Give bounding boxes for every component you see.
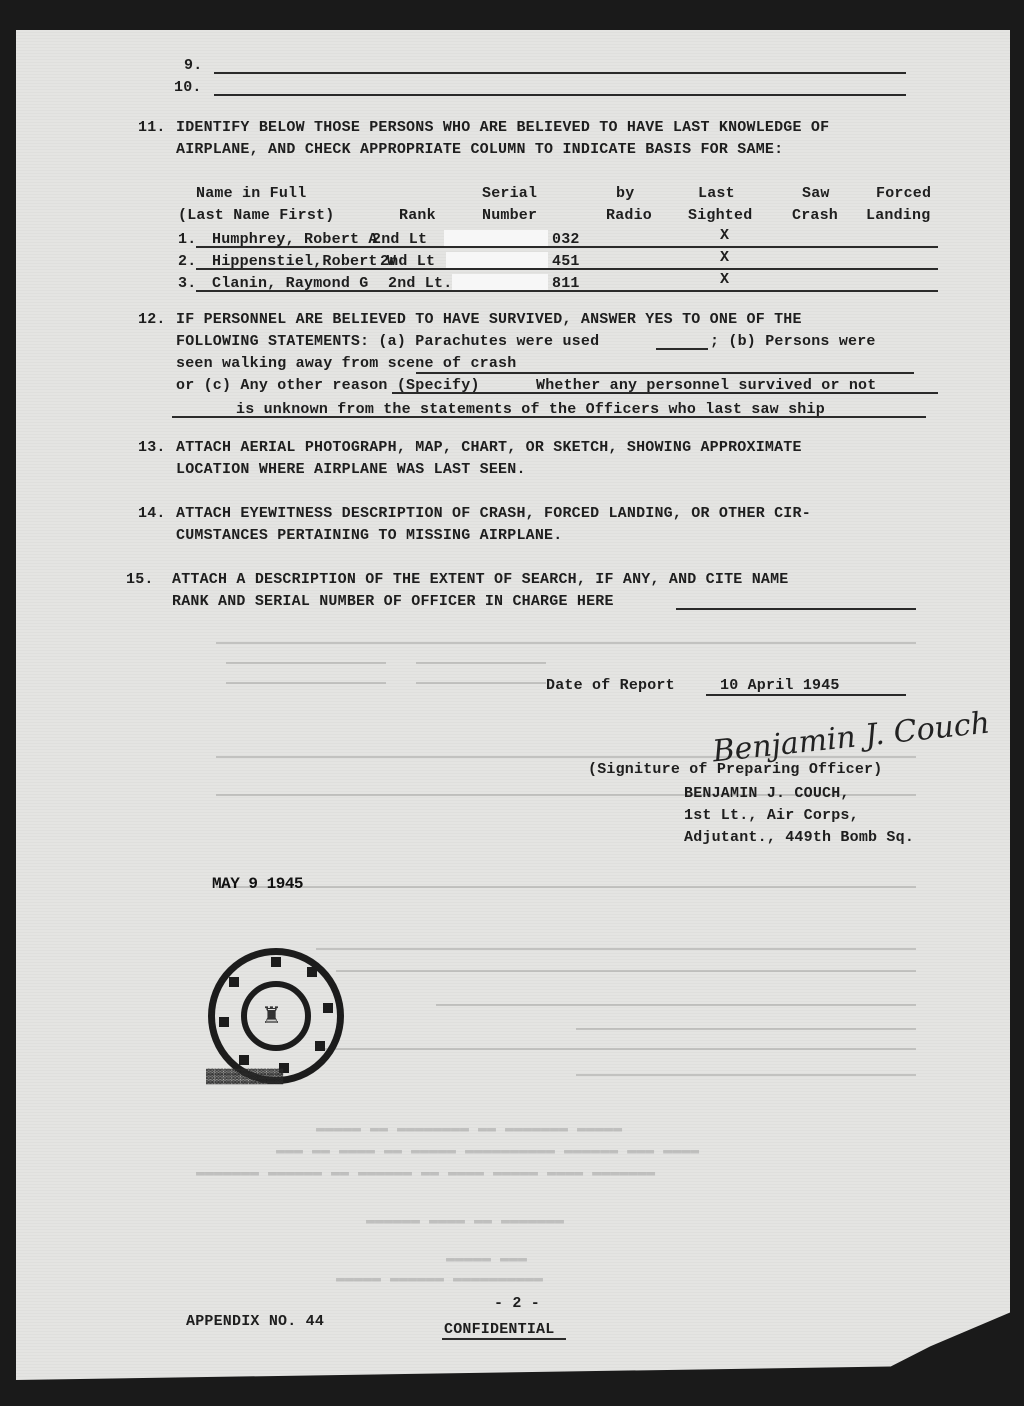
seal-mark — [307, 967, 317, 977]
item-13-number: 13. — [138, 440, 166, 455]
officer-rank: 1st Lt., Air Corps, — [684, 808, 859, 823]
item-12-text-4: or (c) Any other reason (Specify) — [176, 378, 480, 393]
item-12-text-1: IF PERSONNEL ARE BELIEVED TO HAVE SURVIV… — [176, 312, 802, 327]
item-11-number: 11. — [138, 120, 166, 135]
row-name: Hippenstiel,Robert W — [212, 254, 396, 269]
item-14-text-2: CUMSTANCES PERTAINING TO MISSING AIRPLAN… — [176, 528, 562, 543]
bleedthrough-line — [416, 662, 546, 664]
bleedthrough-line — [226, 682, 386, 684]
redaction-box — [444, 230, 548, 247]
col-serial-header-1: Serial — [482, 186, 537, 201]
received-date-stamp: MAY 9 1945 — [212, 876, 303, 892]
item-12-text-2: FOLLOWING STATEMENTS: (a) Parachutes wer… — [176, 334, 599, 349]
classification-underline — [442, 1338, 566, 1340]
row-rank: 2nd Lt — [372, 232, 427, 247]
seal-emblem-icon: ♜ — [263, 997, 280, 1032]
row-last-sighted-mark: X — [720, 272, 729, 287]
bleedthrough-line — [336, 970, 916, 972]
row-underline — [196, 268, 938, 270]
bleedthrough-line — [316, 948, 916, 950]
date-of-report-label: Date of Report — [546, 678, 675, 693]
officer-name: BENJAMIN J. COUCH, — [684, 786, 850, 801]
classification-label: CONFIDENTIAL — [444, 1322, 554, 1337]
appendix-number: APPENDIX NO. 44 — [186, 1314, 324, 1329]
handwritten-signature: Benjamin J. Couch — [711, 706, 992, 770]
col-sighted-header-2: Sighted — [688, 208, 752, 223]
seal-mark — [239, 1055, 249, 1065]
bleedthrough-line — [216, 886, 916, 888]
line-10-label: 10. — [174, 80, 202, 95]
redaction-box — [452, 274, 548, 291]
item-14-text-1: ATTACH EYEWITNESS DESCRIPTION OF CRASH, … — [176, 506, 811, 521]
seal-mark — [315, 1041, 325, 1051]
row-rank: 2nd Lt — [380, 254, 435, 269]
row-name: Clanin, Raymond G — [212, 276, 368, 291]
row-underline — [196, 246, 938, 248]
item-12-number: 12. — [138, 312, 166, 327]
item-12-answer-1: Whether any personnel survived or not — [536, 378, 876, 393]
bleedthrough-line — [416, 682, 546, 684]
line-9-label: 9. — [184, 58, 202, 73]
col-landing-header-1: Forced — [876, 186, 931, 201]
col-rank-header: Rank — [399, 208, 436, 223]
official-seal-stamp: ♜ — [208, 948, 344, 1084]
line-9-blank — [214, 72, 906, 74]
row-number: 1. — [178, 232, 196, 247]
seal-mark — [219, 1017, 229, 1027]
seal-mark — [323, 1003, 333, 1013]
walking-away-blank — [416, 372, 914, 374]
row-number: 3. — [178, 276, 196, 291]
date-of-report-value: 10 April 1945 — [720, 678, 840, 693]
item-15-text-2: RANK AND SERIAL NUMBER OF OFFICER IN CHA… — [172, 594, 614, 609]
item-15-number: 15. — [126, 572, 154, 587]
bleedthrough-line — [436, 1004, 916, 1006]
seal-mark — [271, 957, 281, 967]
item-11-text-2: AIRPLANE, AND CHECK APPROPRIATE COLUMN T… — [176, 142, 783, 157]
item-12-text-3: seen walking away from scene of crash — [176, 356, 516, 371]
col-serial-header-2: Number — [482, 208, 537, 223]
bleedthrough-text: ▬▬▬▬▬ ▬▬▬▬▬▬▬ ▬▬ ▬▬▬▬▬▬▬▬ ▬▬ ▬▬▬▬▬ — [316, 1120, 622, 1137]
bleedthrough-line — [316, 1048, 916, 1050]
bleedthrough-line — [576, 1074, 916, 1076]
other-reason-underline-1 — [392, 392, 938, 394]
row-serial: 032 — [552, 232, 580, 247]
row-serial: 811 — [552, 276, 580, 291]
parachutes-blank — [656, 348, 708, 350]
bleedthrough-text: ▬▬▬▬▬▬▬ ▬▬▬▬ ▬▬▬▬▬ ▬▬▬▬ ▬▬ ▬▬▬▬▬▬ ▬▬ ▬▬▬… — [196, 1164, 655, 1181]
signature-caption: (Signiture of Preparing Officer) — [588, 762, 882, 777]
row-last-sighted-mark: X — [720, 228, 729, 243]
bleedthrough-line — [226, 662, 386, 664]
col-crash-header-1: Saw — [802, 186, 830, 201]
document-page: 9. 10. 11. IDENTIFY BELOW THOSE PERSONS … — [16, 30, 1010, 1380]
line-10-blank — [214, 94, 906, 96]
date-underline — [706, 694, 906, 696]
item-13-text-1: ATTACH AERIAL PHOTOGRAPH, MAP, CHART, OR… — [176, 440, 802, 455]
item-12-answer-2: is unknown from the statements of the Of… — [236, 402, 825, 417]
bleedthrough-line — [216, 642, 916, 644]
item-15-text-1: ATTACH A DESCRIPTION OF THE EXTENT OF SE… — [172, 572, 789, 587]
bleedthrough-text: ▬▬▬▬ ▬▬▬ ▬▬▬▬▬▬ ▬▬▬▬▬▬▬▬▬▬ ▬▬▬▬▬ ▬▬ ▬▬▬▬… — [276, 1142, 699, 1159]
row-last-sighted-mark: X — [720, 250, 729, 265]
row-number: 2. — [178, 254, 196, 269]
bleedthrough-text: ▬▬▬▬▬▬▬▬▬▬ ▬▬▬▬▬▬ ▬▬▬▬▬ — [336, 1270, 543, 1287]
other-reason-underline-2 — [172, 416, 926, 418]
item-13-text-2: LOCATION WHERE AIRPLANE WAS LAST SEEN. — [176, 462, 526, 477]
officer-in-charge-blank — [676, 608, 916, 610]
row-underline — [196, 290, 938, 292]
stamp-smudge: ▓▓▓▓▓▓▓▓▓ — [206, 1070, 283, 1084]
col-radio-header-2: Radio — [606, 208, 652, 223]
row-serial: 451 — [552, 254, 580, 269]
col-name-header-1: Name in Full — [196, 186, 306, 201]
row-rank: 2nd Lt. — [388, 276, 452, 291]
redaction-box — [446, 252, 548, 269]
bleedthrough-text: ▬▬▬ ▬▬▬▬▬ — [446, 1250, 527, 1267]
item-11-text-1: IDENTIFY BELOW THOSE PERSONS WHO ARE BEL… — [176, 120, 829, 135]
seal-mark — [229, 977, 239, 987]
item-14-number: 14. — [138, 506, 166, 521]
officer-position: Adjutant., 449th Bomb Sq. — [684, 830, 914, 845]
bleedthrough-line — [576, 1028, 916, 1030]
bleedthrough-text: ▬▬▬▬▬▬▬ ▬▬ ▬▬▬▬ ▬▬▬▬▬▬ — [366, 1212, 564, 1229]
col-sighted-header-1: Last — [698, 186, 735, 201]
col-radio-header-1: by — [616, 186, 634, 201]
col-crash-header-2: Crash — [792, 208, 838, 223]
seal-inner-ring: ♜ — [241, 981, 311, 1051]
col-name-header-2: (Last Name First) — [178, 208, 334, 223]
page-number: - 2 - — [494, 1296, 540, 1311]
item-12-text-2b: ; (b) Persons were — [710, 334, 876, 349]
row-name: Humphrey, Robert A — [212, 232, 378, 247]
col-landing-header-2: Landing — [866, 208, 930, 223]
